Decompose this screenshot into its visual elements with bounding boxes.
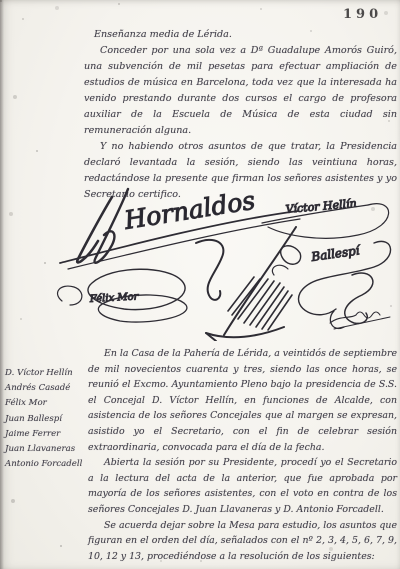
page-number: 190 (343, 7, 382, 22)
attendee-name: Juan Ballespí (5, 412, 85, 427)
margin-attendees-list: D. Víctor Hellín Andrés Casadé Félix Mor… (5, 366, 85, 472)
manuscript-page: 190 Enseñanza media de Lérida. Conceder … (0, 0, 400, 569)
signature-small-rubric (330, 312, 390, 329)
session-paragraph: Abierta la sesión por su Presidente, pro… (88, 455, 397, 517)
attendee-name: Félix Mor (5, 396, 85, 411)
attendee-name: Juan Llavaneras (5, 442, 85, 457)
attendee-name: Antonio Forcadell (5, 457, 85, 472)
signature-victor-hellin-text: Víctor Hellín (285, 197, 357, 216)
flourish-hatched (206, 227, 296, 341)
signature-victor-hellin: Víctor Hellín (262, 197, 389, 238)
attendee-name: Jaime Ferrer (5, 427, 85, 442)
signature-hornaldos-rubric: Hornaldos (60, 186, 300, 300)
signatures-block: Hornaldos Víctor Hellín Ballespí (0, 183, 400, 341)
minutes-end-section: Enseñanza media de Lérida. Conceder por … (84, 27, 397, 203)
signature-hornaldos-text: Hornaldos (121, 186, 257, 235)
minutes-heading: Enseñanza media de Lérida. (94, 27, 397, 43)
signature-felix-mor: Félix Mor (58, 269, 187, 322)
attendee-name: D. Víctor Hellín (5, 366, 85, 381)
minutes-paragraph: Conceder por una sola vez a Dª Guadalupe… (84, 43, 397, 139)
session-paragraph: Se acuerda dejar sobre la Mesa para estu… (88, 518, 397, 565)
attendee-name: Andrés Casadé (5, 381, 85, 396)
signature-ballespi: Ballespí (272, 241, 390, 328)
session-paragraph: En la Casa de la Pahería de Lérida, a ve… (88, 346, 397, 455)
signatures-drawing: Hornaldos Víctor Hellín Ballespí (0, 183, 400, 341)
new-session-section: En la Casa de la Pahería de Lérida, a ve… (88, 346, 397, 564)
paper-specks (0, 0, 2, 2)
signature-ballespi-text: Ballespí (309, 243, 362, 264)
signature-felix-mor-text: Félix Mor (89, 291, 140, 305)
